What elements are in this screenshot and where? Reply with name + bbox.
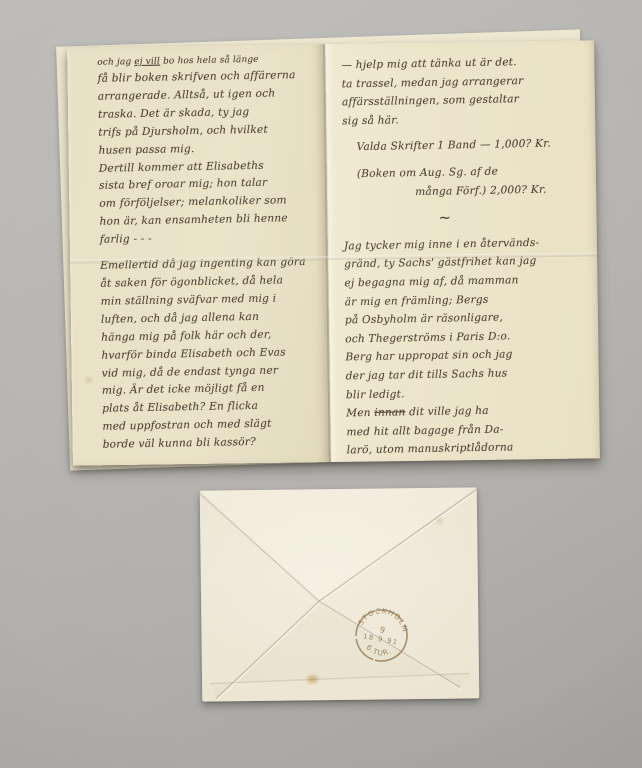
postmark-date-text: 18 9 91 (362, 632, 399, 646)
envelope-flap-creases (200, 487, 480, 701)
handwriting-line: borde väl kunna bli kassör? (103, 433, 329, 455)
photo-background: och jag ej vill bo hos hela så längefå b… (0, 0, 642, 768)
left-page-handwriting: och jag ej vill bo hos hela så längefå b… (97, 52, 329, 454)
handwriting-line: ~ (343, 206, 595, 229)
postmark-time-text: 9 (379, 625, 386, 635)
envelope-back: STOCKHOLM 9 18 9 91 6.TUR. (200, 487, 480, 701)
handwriting-line: Valda Skrifter 1 Band — 1,000? Kr. (342, 134, 594, 157)
postmark-stamp: STOCKHOLM 9 18 9 91 6.TUR. (347, 601, 417, 671)
letter-page-right: — hjelp mig att tänka ut är det.ta trass… (325, 40, 600, 462)
handwriting-line: farlig - - - (100, 228, 326, 250)
letter-page-left: och jag ej vill bo hos hela så längefå b… (67, 44, 331, 466)
handwriting-line: många Förf.) 2,000? Kr. (343, 179, 595, 202)
unfolded-letter-sheet: och jag ej vill bo hos hela så längefå b… (67, 40, 600, 465)
handwriting-line: sig så här. (342, 108, 594, 131)
handwriting-line: larö, utom manuskriptlådorna (347, 437, 599, 460)
right-page-handwriting: — hjelp mig att tänka ut är det.ta trass… (341, 52, 599, 459)
